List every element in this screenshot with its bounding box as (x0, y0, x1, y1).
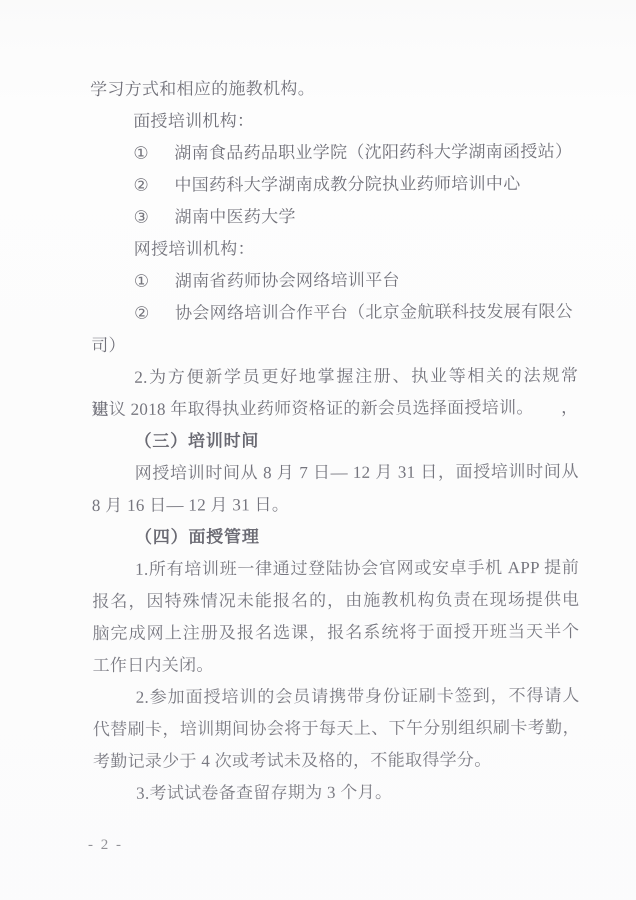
text-line: 学习方式和相应的施教机构。 (90, 72, 577, 106)
text-line: 2.为方便新学员更好地掌握注册、执业等相关的法规常识， (91, 360, 578, 394)
list-marker: ② (133, 170, 174, 202)
list-item: ②中国药科大学湖南成教分院执业药师培训中心 (90, 168, 577, 202)
text-line: 考勤记录少于 4 次或考试未及格的，不能取得学分。 (93, 744, 580, 778)
text-line: 建议 2018 年取得执业药师资格证的新会员选择面授培训。 (91, 392, 578, 426)
list-item-text: 湖南中医药大学 (175, 207, 296, 227)
list-item: ①湖南省药师协会网络培训平台 (91, 264, 578, 298)
text-line: 1.所有培训班一律通过登陆协会官网或安卓手机 APP 提前 (92, 552, 579, 586)
list-item: ②协会网络培训合作平台（北京金航联科技发展有限公 (91, 296, 578, 330)
text-line: 网授培训时间从 8 月 7 日— 12 月 31 日，面授培训时间从 (92, 456, 579, 490)
document-page: 学习方式和相应的施教机构。 面授培训机构： ①湖南食品药品职业学院（沈阳药科大学… (0, 0, 636, 900)
list-marker: ① (133, 138, 174, 170)
text-line: 报名，因特殊情况未能报名的，由施教机构负责在现场提供电 (92, 584, 579, 618)
list-marker: ② (134, 298, 175, 330)
document-body: 学习方式和相应的施教机构。 面授培训机构： ①湖南食品药品职业学院（沈阳药科大学… (90, 72, 580, 810)
text-line: 面授培训机构： (90, 104, 577, 138)
text-line: 代替刷卡，培训期间协会将于每天上、下午分别组织刷卡考勤， (93, 712, 580, 746)
text-line: 网授培训机构： (91, 232, 578, 266)
list-item: ③湖南中医药大学 (91, 200, 578, 234)
text-line: 脑完成网上注册及报名选课，报名系统将于面授开班当天半个 (92, 616, 579, 650)
list-item-text: 湖南省药师协会网络培训平台 (175, 271, 400, 291)
list-item-text: 中国药科大学湖南成教分院执业药师培训中心 (174, 174, 520, 195)
text-line: 8 月 16 日— 12 月 31 日。 (92, 488, 579, 522)
list-marker: ① (134, 266, 175, 298)
text-line: 2.参加面授培训的会员请携带身份证刷卡签到，不得请人 (93, 680, 580, 714)
section-heading: （三）培训时间 (92, 424, 579, 458)
text-line: 司） (91, 328, 578, 362)
text-line: 3.考试试卷备查留存期为 3 个月。 (93, 776, 580, 810)
list-item: ①湖南食品药品职业学院（沈阳药科大学湖南函授站） (90, 136, 577, 170)
list-item-text: 协会网络培训合作平台（北京金航联科技发展有限公 (175, 302, 573, 323)
text-line: 工作日内关闭。 (93, 648, 580, 682)
page-number: - 2 - (88, 834, 123, 856)
section-heading: （四）面授管理 (92, 520, 579, 554)
list-marker: ③ (134, 202, 175, 234)
list-item-text: 湖南食品药品职业学院（沈阳药科大学湖南函授站） (174, 142, 572, 163)
